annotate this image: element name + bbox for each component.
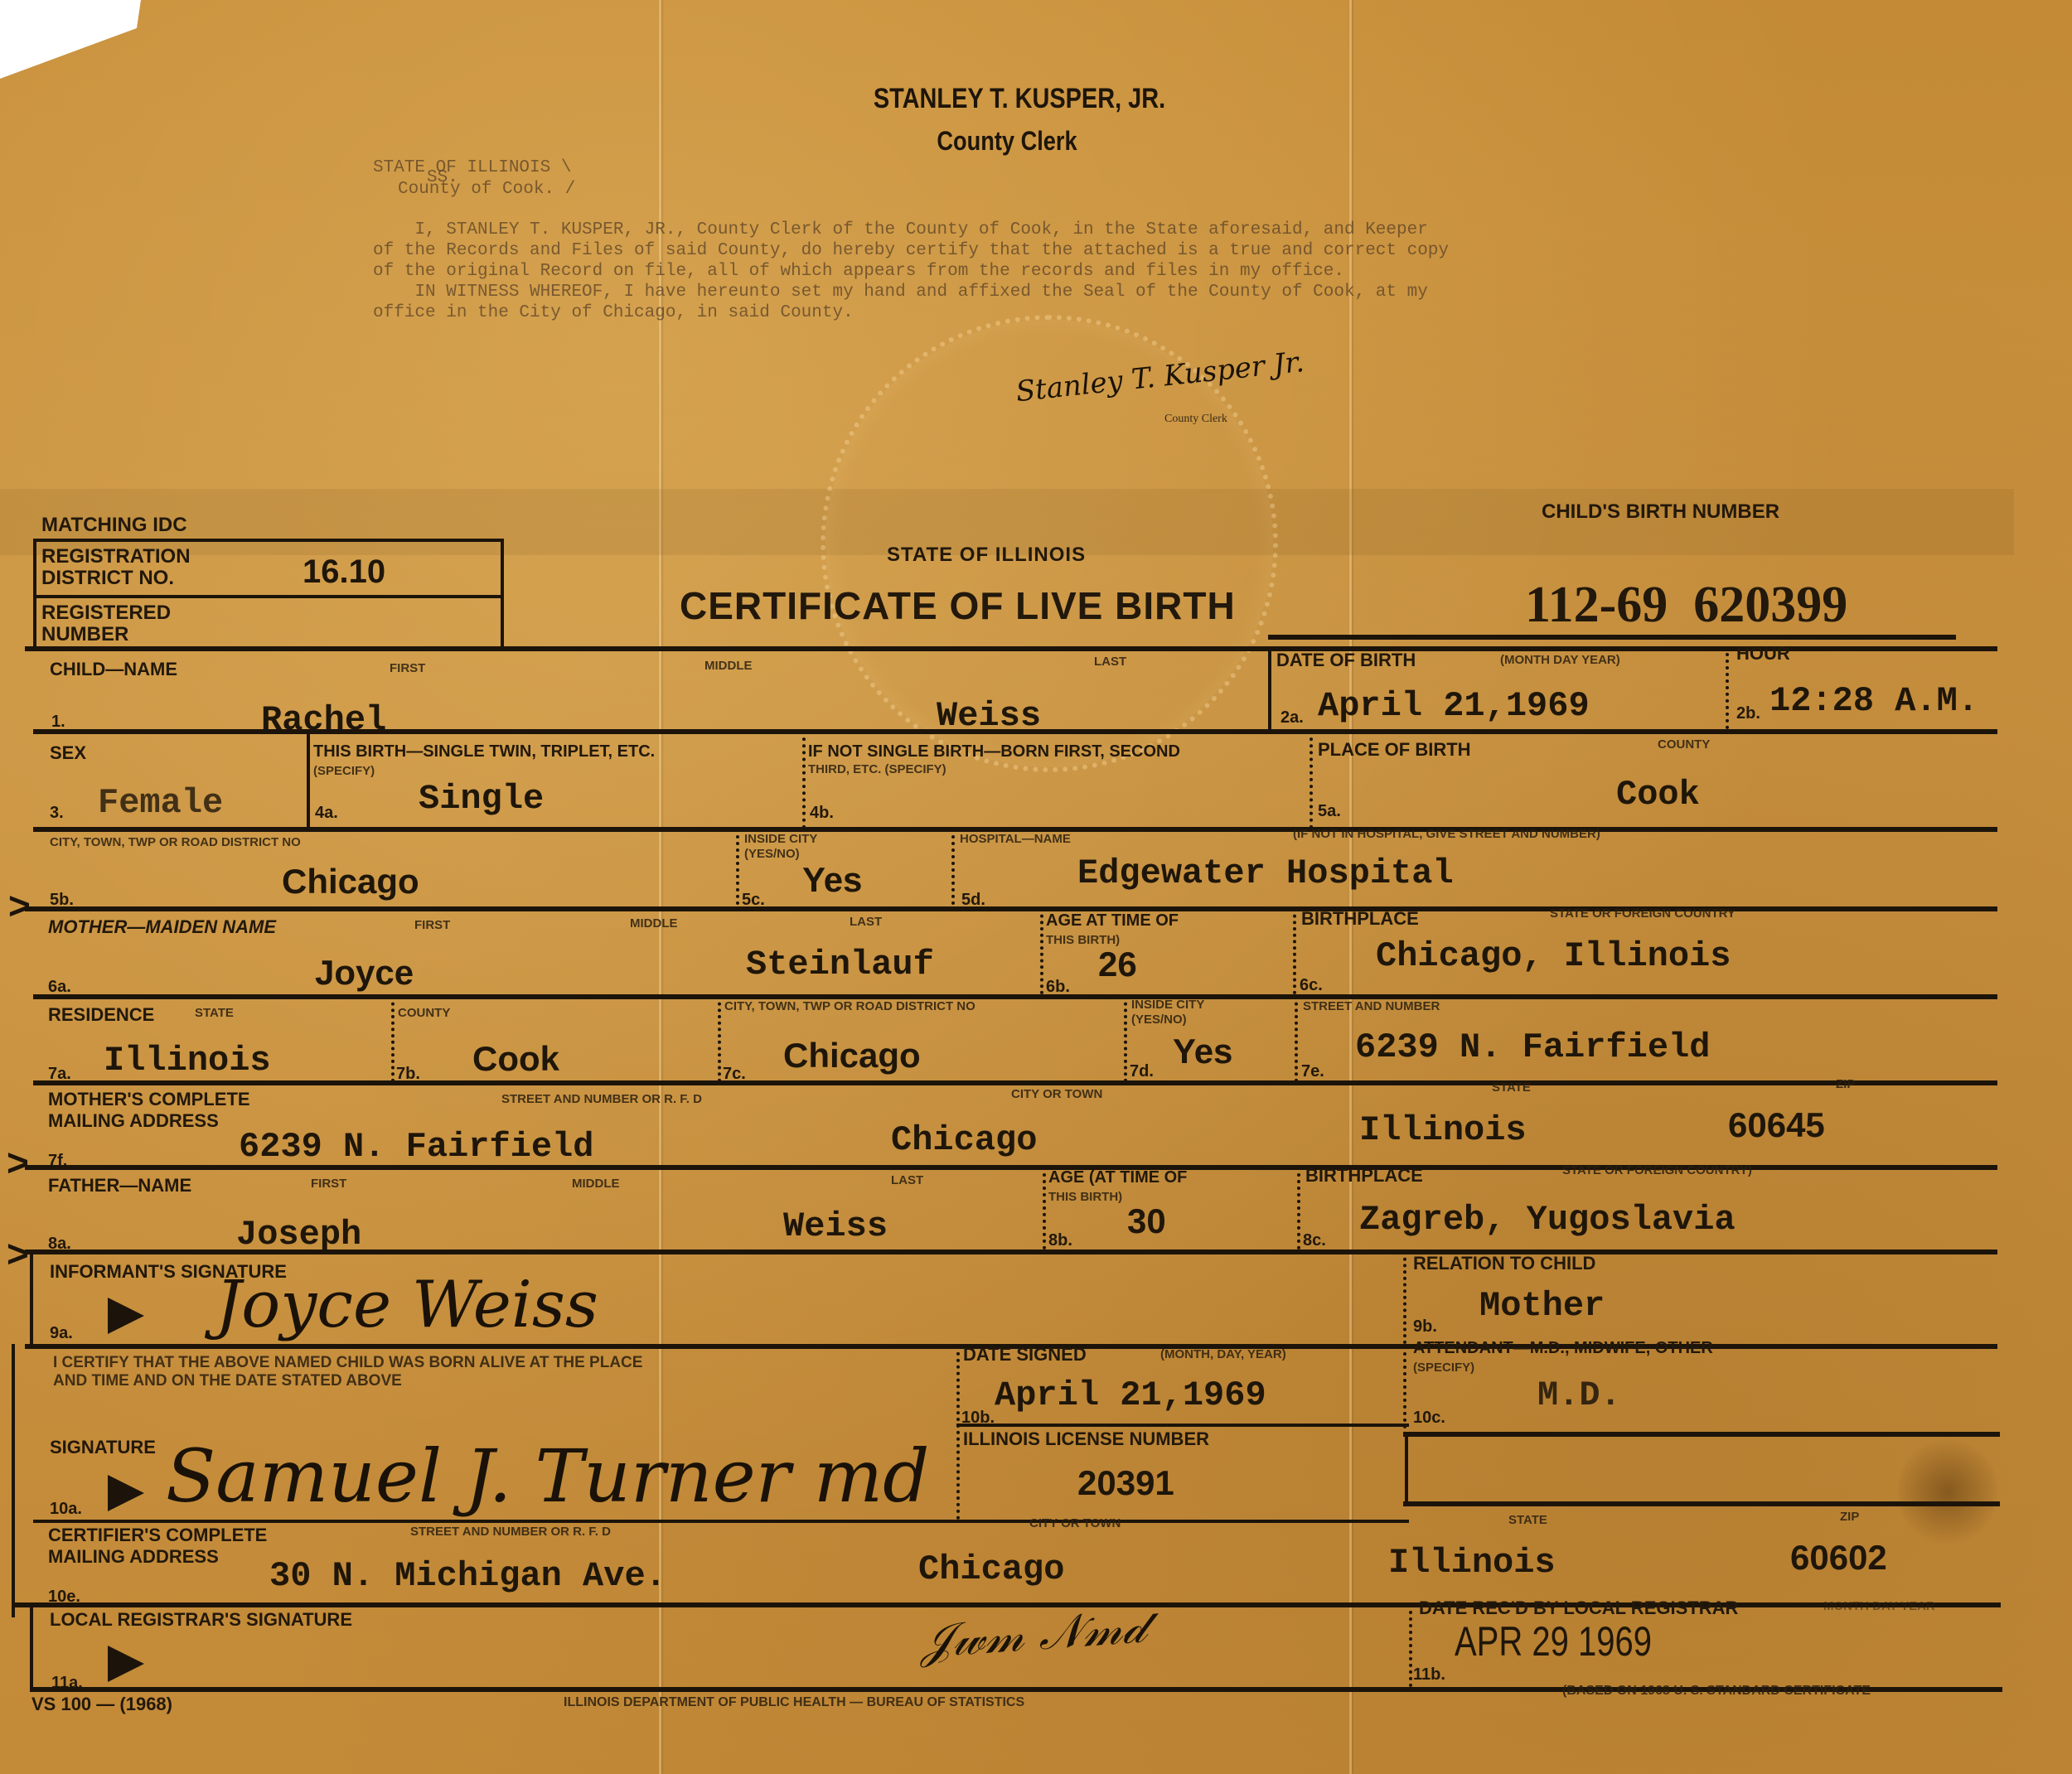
date-signed-value: April 21,1969 <box>995 1375 1266 1415</box>
residence-county: Cook <box>472 1039 559 1079</box>
father-last-name: Weiss <box>783 1206 888 1246</box>
father-name-label: FATHER—NAME <box>48 1175 191 1196</box>
dob-label: DATE OF BIRTH <box>1276 650 1416 671</box>
date-signed-label: DATE SIGNED <box>963 1344 1087 1366</box>
sex-value: Female <box>98 783 223 823</box>
birth-number-label: CHILD'S BIRTH NUMBER <box>1542 500 1779 524</box>
attendant-label: ATTENDANT—M.D., MIDWIFE, OTHER <box>1413 1339 1713 1358</box>
mother-age: 26 <box>1098 945 1137 984</box>
father-first-name: Joseph <box>236 1215 361 1254</box>
residence-state: Illinois <box>104 1041 271 1080</box>
mother-last-name: Steinlauf <box>746 945 934 984</box>
relation-label: RELATION TO CHILD <box>1413 1253 1595 1274</box>
venue-state: STATE OF ILLINOIS \ <box>373 157 571 179</box>
certifier-street: 30 N. Michigan Ave. <box>269 1556 666 1596</box>
stain-mark <box>1898 1433 1997 1549</box>
hour-of-birth: 12:28 A.M. <box>1769 681 1978 721</box>
residence-inside-city: Yes <box>1173 1032 1232 1071</box>
matching-idc-label: MATCHING IDC <box>41 514 187 537</box>
clerk-title: County Clerk <box>151 126 1863 157</box>
section-marker-icon: > <box>8 887 31 925</box>
date-of-birth: April 21,1969 <box>1318 686 1590 726</box>
residence-label: RESIDENCE <box>48 1004 154 1026</box>
mother-birthplace: Chicago, Illinois <box>1376 936 1731 976</box>
hospital-name: Edgewater Hospital <box>1077 853 1454 893</box>
birth-number-value: 112-69 620399 <box>1525 576 1847 635</box>
residence-street: 6239 N. Fairfield <box>1355 1027 1710 1067</box>
license-number: 20391 <box>1077 1463 1174 1503</box>
certifier-signature-label: SIGNATURE <box>50 1437 156 1458</box>
mother-first-name: Joyce <box>315 953 414 993</box>
state-of-illinois-label: STATE OF ILLINOIS <box>887 544 1086 567</box>
reg-district-label: REGISTRATION <box>41 545 191 568</box>
this-birth-value: Single <box>419 779 544 819</box>
certifier-statement: I CERTIFY THAT THE ABOVE NAMED CHILD WAS… <box>53 1354 642 1372</box>
county-of-birth: Cook <box>1616 775 1700 814</box>
venue-county: County of Cook. / <box>398 179 575 201</box>
sign-here-arrow-icon <box>108 1646 144 1682</box>
sex-label: SEX <box>50 742 86 764</box>
certifier-city: Chicago <box>918 1549 1064 1589</box>
reg-district-value: 16.10 <box>303 553 385 591</box>
father-birthplace: Zagreb, Yugoslavia <box>1359 1200 1736 1240</box>
footer-basis: (BASED ON 1968 U. S. STANDARD CERTIFICAT… <box>1562 1684 1871 1699</box>
sign-here-arrow-icon <box>108 1475 144 1511</box>
mother-mailing-state: Illinois <box>1359 1110 1527 1150</box>
footer-department: ILLINOIS DEPARTMENT OF PUBLIC HEALTH — B… <box>564 1695 1024 1710</box>
attendant-value: M.D. <box>1537 1375 1621 1415</box>
place-of-birth-label: PLACE OF BIRTH <box>1318 739 1471 761</box>
venue-ss: SS. <box>427 167 458 189</box>
date-received-label: DATE REC'D BY LOCAL REGISTRAR <box>1419 1598 1738 1619</box>
mother-name-label: MOTHER—MAIDEN NAME <box>48 916 276 938</box>
father-age: 30 <box>1127 1201 1166 1241</box>
mother-mailing-label: MOTHER'S COMPLETE <box>48 1089 250 1110</box>
inside-city-value: Yes <box>802 860 862 900</box>
clerk-name: STANLEY T. KUSPER, JR. <box>153 83 1886 115</box>
date-received-stamp: APR 29 1969 <box>1455 1617 1652 1665</box>
license-label: ILLINOIS LICENSE NUMBER <box>963 1428 1209 1450</box>
form-id: VS 100 — (1968) <box>31 1694 172 1715</box>
hour-label: HOUR <box>1736 643 1790 665</box>
child-name-label: CHILD—NAME <box>50 659 177 680</box>
residence-city: Chicago <box>783 1036 921 1076</box>
mother-mailing-city: Chicago <box>891 1120 1037 1160</box>
relation-value: Mother <box>1479 1286 1605 1326</box>
certifier-signature: Samuel J. Turner md <box>166 1433 929 1519</box>
sign-here-arrow-icon <box>108 1298 144 1334</box>
registrar-signature-label: LOCAL REGISTRAR'S SIGNATURE <box>50 1609 352 1631</box>
certificate-title: CERTIFICATE OF LIVE BIRTH <box>680 583 1236 628</box>
certifier-state: Illinois <box>1388 1543 1556 1583</box>
certifier-mailing-label: CERTIFIER'S COMPLETE <box>48 1525 267 1546</box>
section-marker-icon: > <box>7 1143 29 1182</box>
mother-mailing-zip: 60645 <box>1728 1105 1825 1145</box>
city-of-birth: Chicago <box>282 862 419 902</box>
certifier-zip: 60602 <box>1790 1538 1887 1578</box>
mother-mailing-street: 6239 N. Fairfield <box>239 1127 593 1167</box>
clerk-signature-caption: County Clerk <box>1164 413 1227 426</box>
registered-number-label: REGISTERED <box>41 602 171 625</box>
informant-signature: Joyce Weiss <box>215 1268 598 1342</box>
